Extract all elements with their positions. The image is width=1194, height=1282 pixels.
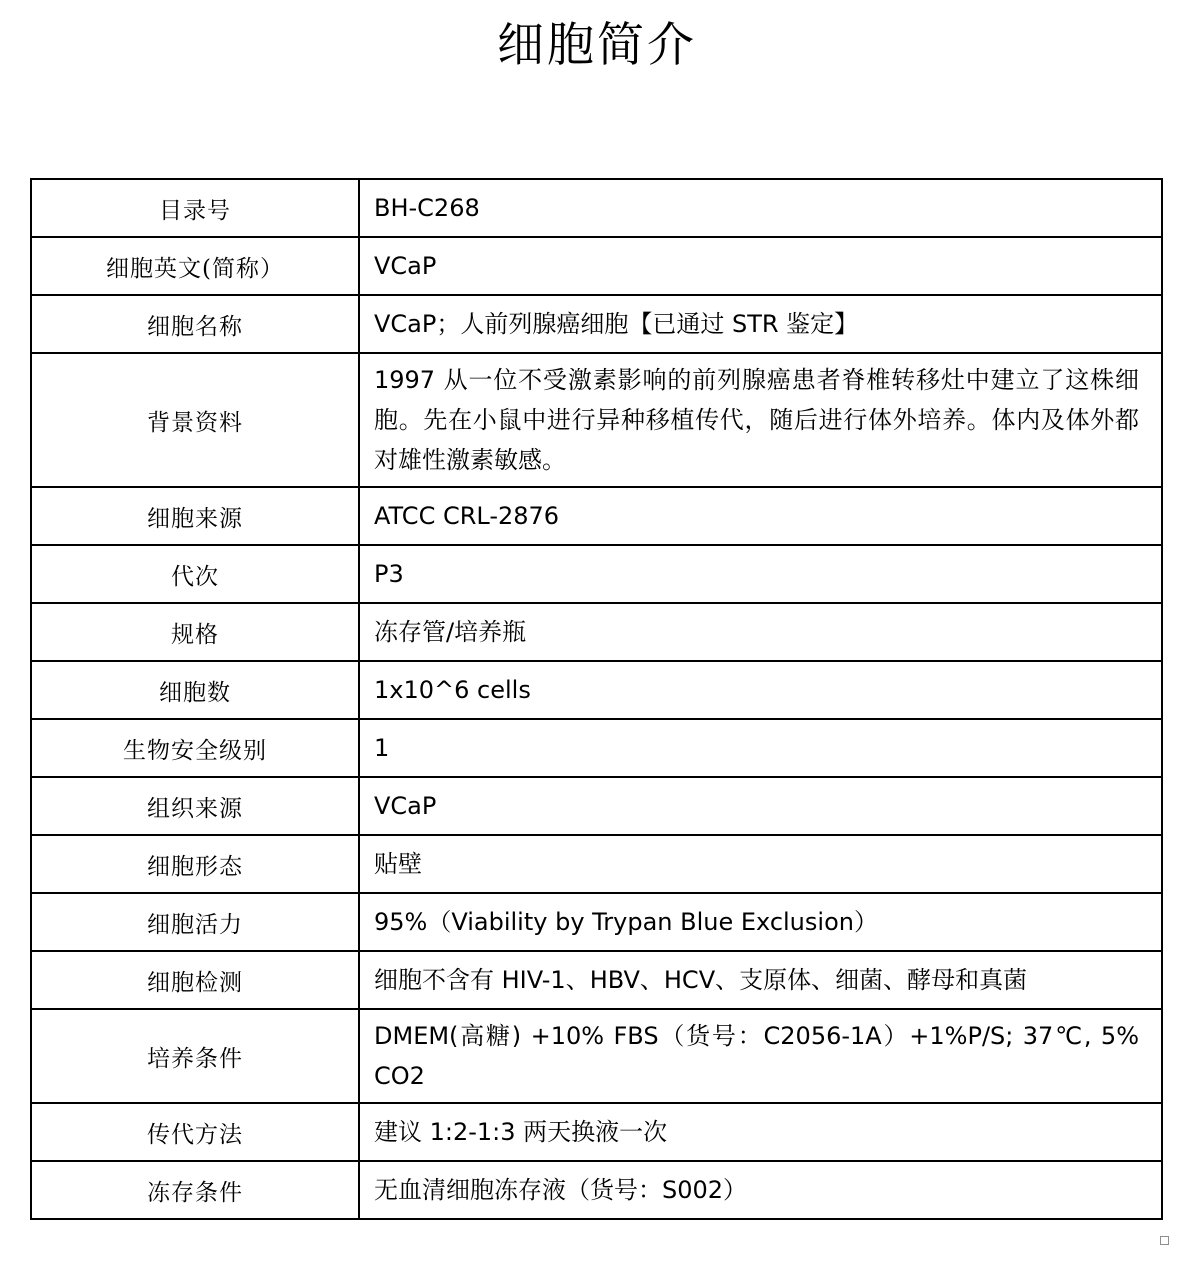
row-label: 传代方法 (31, 1103, 359, 1161)
row-label: 目录号 (31, 179, 359, 237)
row-value: VCaP；人前列腺癌细胞【已通过 STR 鉴定】 (359, 295, 1162, 353)
row-value: BH-C268 (359, 179, 1162, 237)
row-value: 1x10^6 cells (359, 661, 1162, 719)
table-row: 传代方法建议 1:2-1:3 两天换液一次 (31, 1103, 1162, 1161)
row-label: 生物安全级别 (31, 719, 359, 777)
table-row: 细胞活力95%（Viability by Trypan Blue Exclusi… (31, 893, 1162, 951)
row-label: 培养条件 (31, 1009, 359, 1103)
row-value: 1 (359, 719, 1162, 777)
row-value: 95%（Viability by Trypan Blue Exclusion） (359, 893, 1162, 951)
row-label: 组织来源 (31, 777, 359, 835)
row-label: 细胞名称 (31, 295, 359, 353)
row-value: 1997 从一位不受激素影响的前列腺癌患者脊椎转移灶中建立了这株细胞。先在小鼠中… (359, 353, 1162, 487)
row-label: 细胞形态 (31, 835, 359, 893)
cell-info-table: 目录号BH-C268细胞英文(简称）VCaP细胞名称VCaP；人前列腺癌细胞【已… (30, 178, 1163, 1220)
table-row: 生物安全级别1 (31, 719, 1162, 777)
row-value: 细胞不含有 HIV-1、HBV、HCV、支原体、细菌、酵母和真菌 (359, 951, 1162, 1009)
row-label: 背景资料 (31, 353, 359, 487)
row-label: 细胞检测 (31, 951, 359, 1009)
row-label: 细胞数 (31, 661, 359, 719)
table-row: 冻存条件无血清细胞冻存液（货号：S002） (31, 1161, 1162, 1219)
table-row: 细胞名称VCaP；人前列腺癌细胞【已通过 STR 鉴定】 (31, 295, 1162, 353)
row-value: VCaP (359, 777, 1162, 835)
table-row: 细胞数1x10^6 cells (31, 661, 1162, 719)
row-label: 细胞来源 (31, 487, 359, 545)
table-row: 培养条件DMEM(高糖) +10% FBS（货号：C2056-1A）+1%P/S… (31, 1009, 1162, 1103)
row-label: 冻存条件 (31, 1161, 359, 1219)
page-title: 细胞简介 (0, 18, 1194, 74)
table-row: 代次P3 (31, 545, 1162, 603)
table-row: 规格冻存管/培养瓶 (31, 603, 1162, 661)
table-row: 背景资料1997 从一位不受激素影响的前列腺癌患者脊椎转移灶中建立了这株细胞。先… (31, 353, 1162, 487)
row-label: 代次 (31, 545, 359, 603)
row-value: 贴壁 (359, 835, 1162, 893)
row-value: 冻存管/培养瓶 (359, 603, 1162, 661)
table-row: 细胞来源ATCC CRL-2876 (31, 487, 1162, 545)
row-value: 建议 1:2-1:3 两天换液一次 (359, 1103, 1162, 1161)
cell-info-table-grid: 目录号BH-C268细胞英文(简称）VCaP细胞名称VCaP；人前列腺癌细胞【已… (30, 178, 1163, 1220)
row-value: VCaP (359, 237, 1162, 295)
row-label: 细胞英文(简称） (31, 237, 359, 295)
table-row: 目录号BH-C268 (31, 179, 1162, 237)
row-label: 细胞活力 (31, 893, 359, 951)
row-value: DMEM(高糖) +10% FBS（货号：C2056-1A）+1%P/S; 37… (359, 1009, 1162, 1103)
table-row: 细胞形态贴壁 (31, 835, 1162, 893)
row-value: P3 (359, 545, 1162, 603)
table-row: 细胞检测细胞不含有 HIV-1、HBV、HCV、支原体、细菌、酵母和真菌 (31, 951, 1162, 1009)
table-row: 组织来源VCaP (31, 777, 1162, 835)
row-label: 规格 (31, 603, 359, 661)
table-row: 细胞英文(简称）VCaP (31, 237, 1162, 295)
row-value: 无血清细胞冻存液（货号：S002） (359, 1161, 1162, 1219)
table-resize-handle[interactable] (1160, 1236, 1169, 1245)
row-value: ATCC CRL-2876 (359, 487, 1162, 545)
